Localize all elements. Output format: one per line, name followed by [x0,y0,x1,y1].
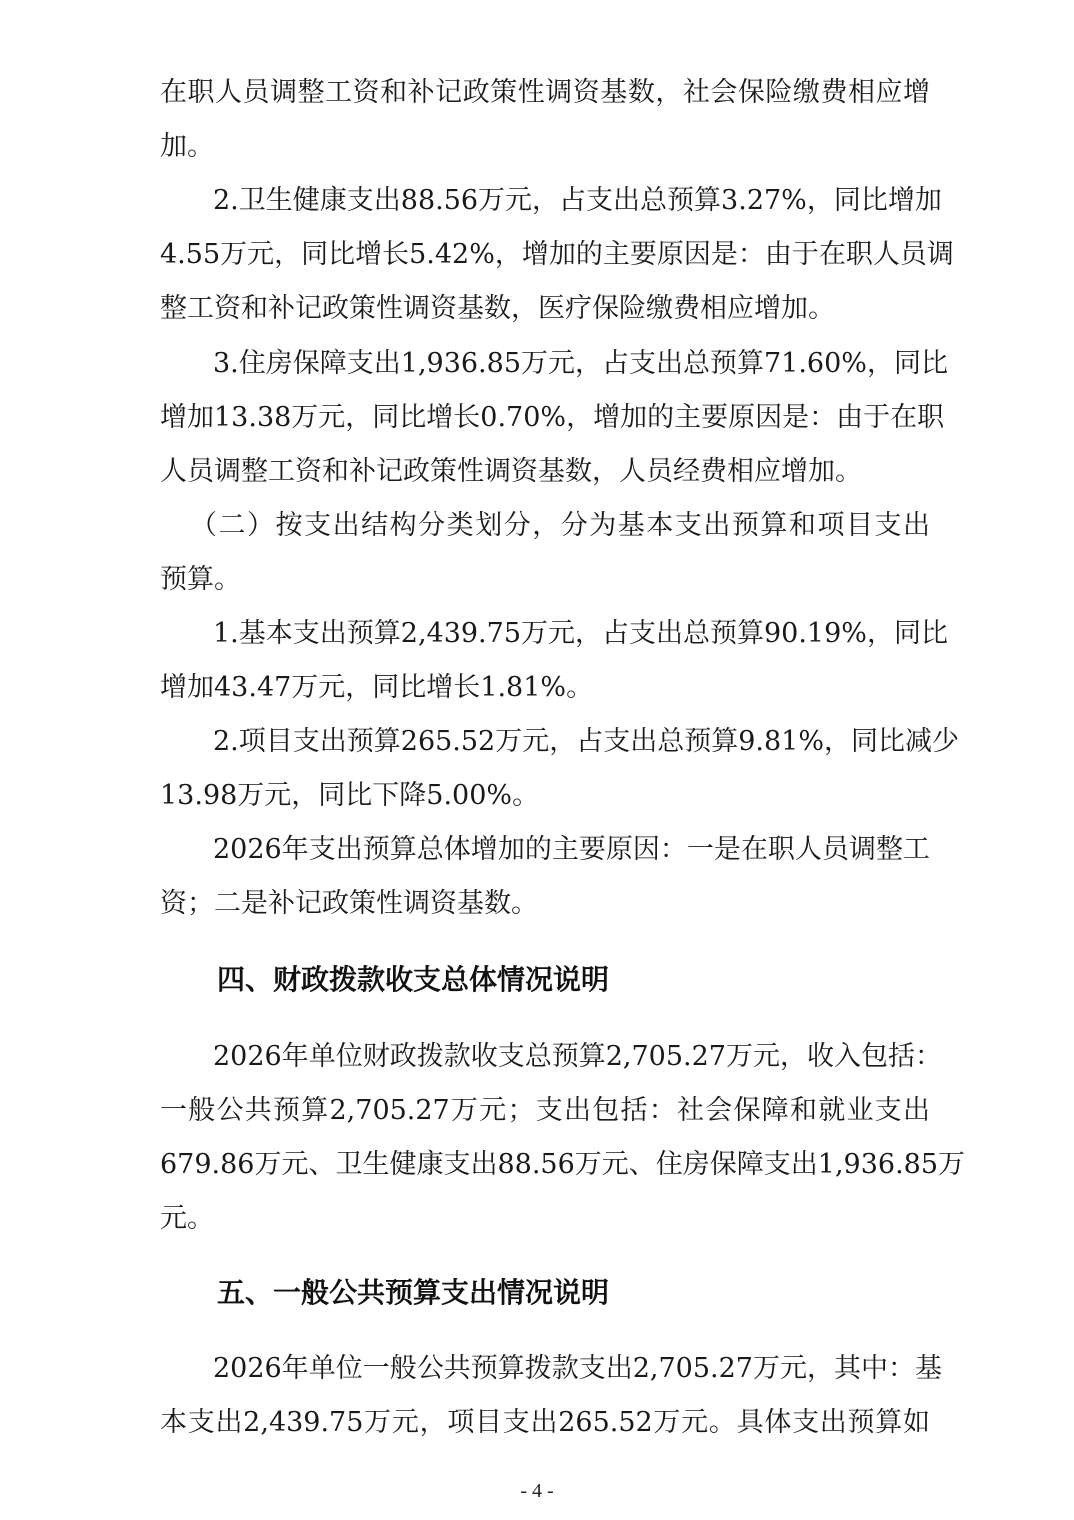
paragraph-line: 3.住房保障支出1,936.85万元，占支出总预算71.60%，同比 [213,344,930,384]
paragraph-line: 增加13.38万元，同比增长0.70%，增加的主要原因是：由于在职 [160,398,930,438]
paragraph-line: 13.98万元，同比下降5.00%。 [160,776,930,816]
document-page: 在职人员调整工资和补记政策性调资基数，社会保险缴费相应增 加。 2.卫生健康支出… [0,0,1074,1520]
paragraph-line: （二）按支出结构分类划分，分为基本支出预算和项目支出 [190,506,930,546]
paragraph-line: 加。 [160,127,930,167]
paragraph-line: 2.项目支出预算265.52万元，占支出总预算9.81%，同比减少 [213,722,930,762]
paragraph-line: 2.卫生健康支出88.56万元，占支出总预算3.27%，同比增加 [213,181,930,221]
paragraph-line: 679.86万元、卫生健康支出88.56万元、住房保障支出1,936.85万 [160,1145,930,1185]
paragraph-line: 2026年单位财政拨款收支总预算2,705.27万元，收入包括： [213,1037,930,1077]
page-number: - 4 - [0,1480,1074,1503]
paragraph-line: 2026年单位一般公共预算拨款支出2,705.27万元，其中：基 [213,1349,930,1389]
paragraph-line: 人员调整工资和补记政策性调资基数，人员经费相应增加。 [160,452,930,492]
paragraph-line: 一般公共预算2,705.27万元；支出包括：社会保障和就业支出 [160,1091,930,1131]
paragraph-line: 元。 [160,1199,930,1239]
paragraph-line: 整工资和补记政策性调资基数，医疗保险缴费相应增加。 [160,289,930,329]
section-heading: 四、财政拨款收支总体情况说明 [217,960,609,1000]
section-heading: 五、一般公共预算支出情况说明 [217,1273,609,1313]
paragraph-line: 增加43.47万元，同比增长1.81%。 [160,668,930,708]
paragraph-line: 资；二是补记政策性调资基数。 [160,884,930,924]
paragraph-line: 4.55万元，同比增长5.42%，增加的主要原因是：由于在职人员调 [160,235,930,275]
paragraph-line: 本支出2,439.75万元，项目支出265.52万元。具体支出预算如 [160,1403,930,1443]
paragraph-line: 1.基本支出预算2,439.75万元，占支出总预算90.19%，同比 [213,614,930,654]
paragraph-line: 2026年支出预算总体增加的主要原因：一是在职人员调整工 [213,830,930,870]
paragraph-line: 预算。 [160,560,930,600]
paragraph-line: 在职人员调整工资和补记政策性调资基数，社会保险缴费相应增 [160,73,930,113]
